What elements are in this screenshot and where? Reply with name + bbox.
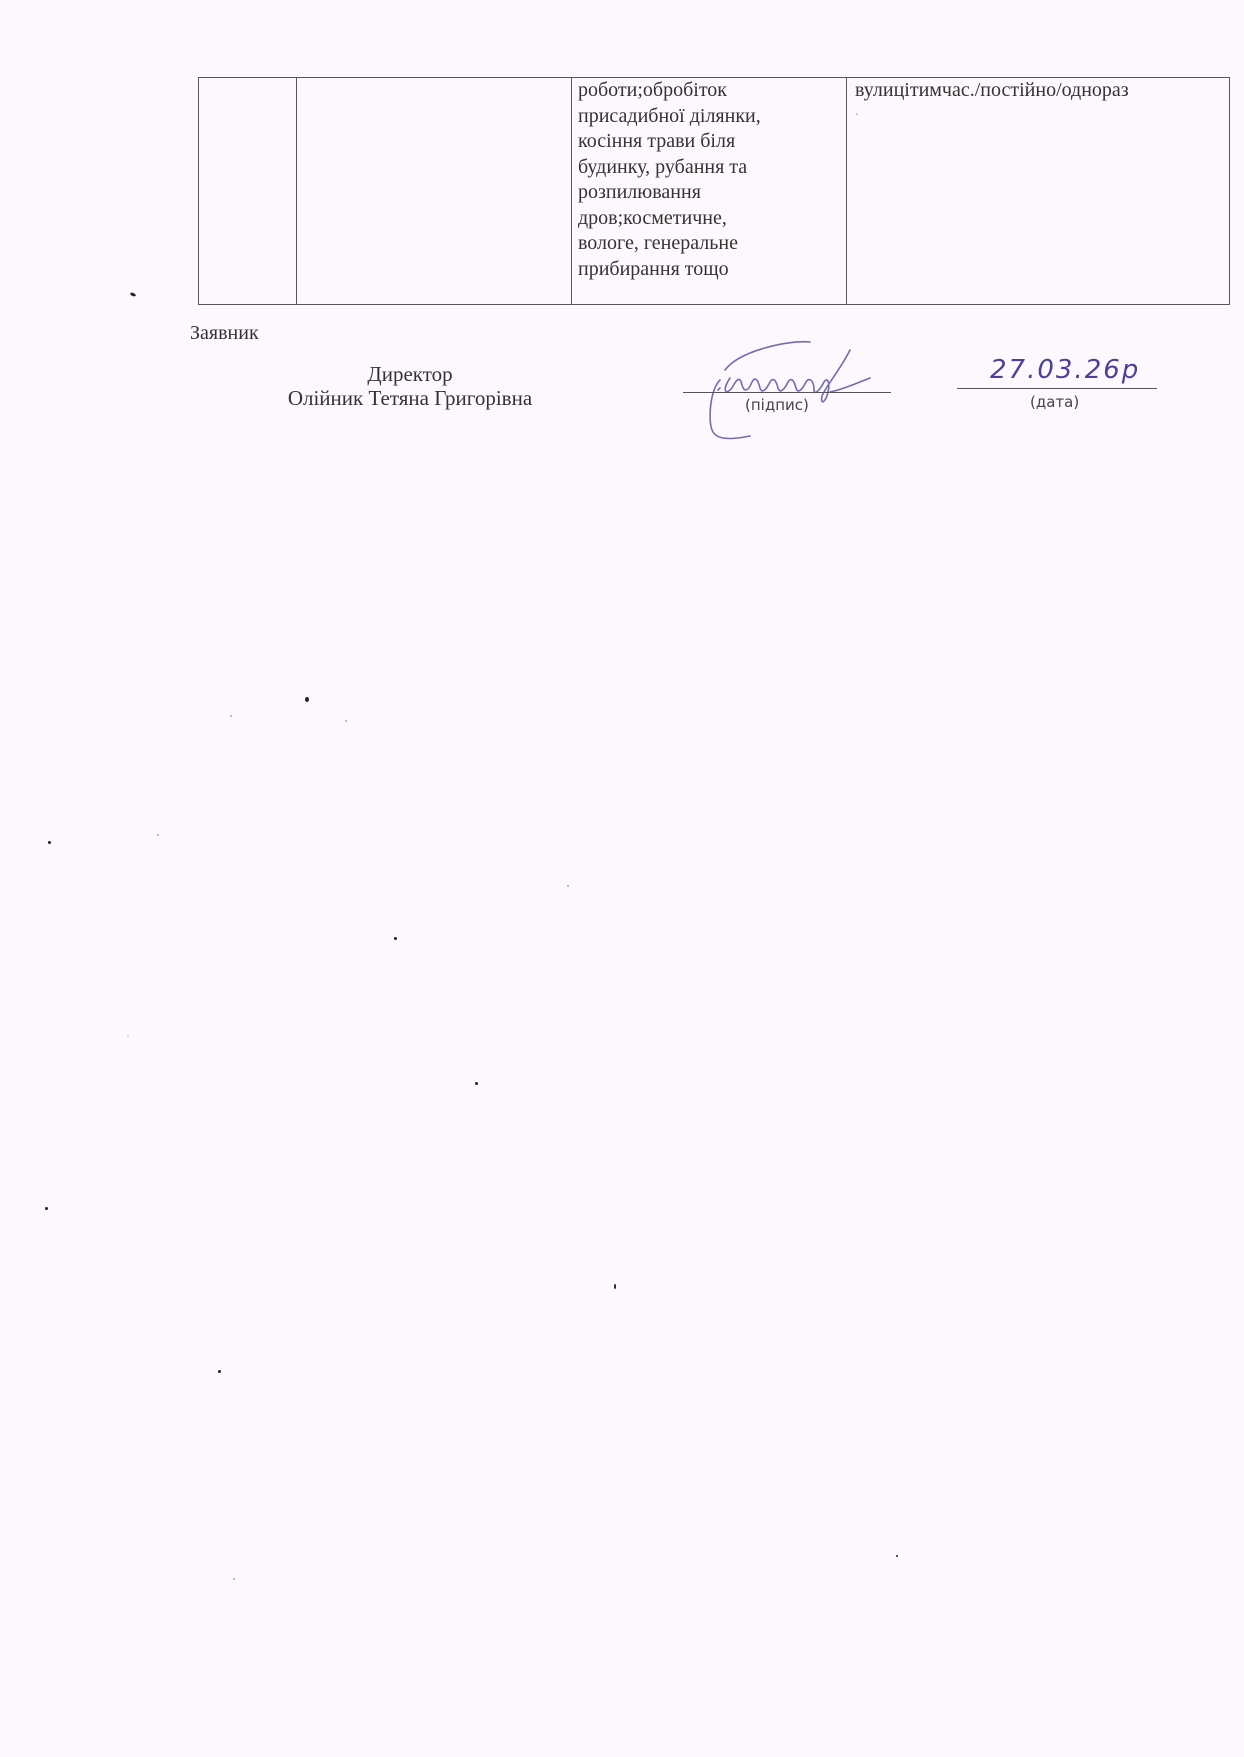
signatory-name: Олійник Тетяна Григорівна xyxy=(240,386,580,410)
handwritten-signature-icon xyxy=(700,330,910,445)
table-row: роботи;обробіток присадибної ділянки, ко… xyxy=(199,78,1230,305)
scan-speck xyxy=(567,885,569,887)
table-cell-number xyxy=(199,78,297,305)
scan-speck xyxy=(614,1284,616,1289)
document-page: роботи;обробіток присадибної ділянки, ко… xyxy=(0,0,1244,1757)
signatory-block: Директор Олійник Тетяна Григорівна xyxy=(240,362,580,410)
scan-speck xyxy=(475,1082,478,1085)
scan-speck xyxy=(230,715,232,717)
handwritten-date: 27.03.26р xyxy=(990,355,1140,385)
scan-speck xyxy=(127,1035,129,1036)
scan-speck xyxy=(157,834,159,836)
scan-speck xyxy=(233,1578,235,1580)
table-cell-services: роботи;обробіток присадибної ділянки, ко… xyxy=(572,78,847,305)
signature-caption: (підпис) xyxy=(745,396,809,414)
scan-speck xyxy=(394,937,397,940)
frequency-trailing: . xyxy=(855,104,1221,118)
table-cell-frequency: вулицітимчас./постійно/однораз . xyxy=(847,78,1230,305)
date-caption: (дата) xyxy=(1030,393,1079,411)
scan-speck xyxy=(896,1555,898,1557)
scan-speck xyxy=(130,292,137,297)
scan-speck xyxy=(305,697,309,702)
services-description: роботи;обробіток присадибної ділянки, ко… xyxy=(578,78,840,282)
position-title: Директор xyxy=(240,362,580,386)
applicant-label: Заявник xyxy=(190,322,259,345)
date-line xyxy=(957,388,1157,389)
table-cell-name xyxy=(297,78,572,305)
signature-line xyxy=(683,392,891,393)
scan-speck xyxy=(48,841,51,844)
scan-speck xyxy=(345,720,347,722)
scan-speck xyxy=(45,1207,48,1210)
services-table-fragment: роботи;обробіток присадибної ділянки, ко… xyxy=(198,77,1230,305)
frequency-text: вулицітимчас./постійно/однораз xyxy=(855,78,1221,104)
scan-speck xyxy=(218,1370,221,1373)
